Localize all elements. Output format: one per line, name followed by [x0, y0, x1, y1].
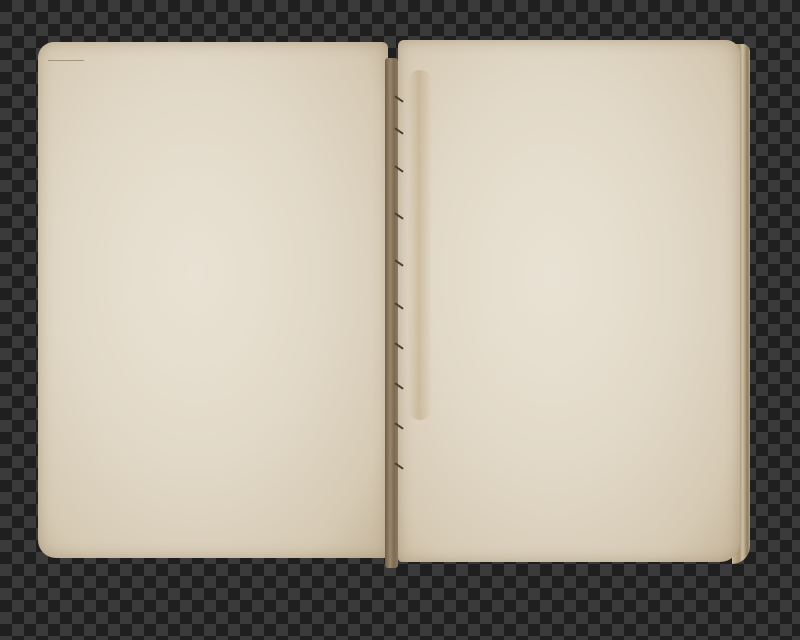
water-stain: [408, 70, 432, 420]
open-book: [0, 0, 800, 640]
left-page: [38, 42, 388, 558]
right-page: [398, 40, 740, 562]
book-spine: [385, 58, 398, 568]
